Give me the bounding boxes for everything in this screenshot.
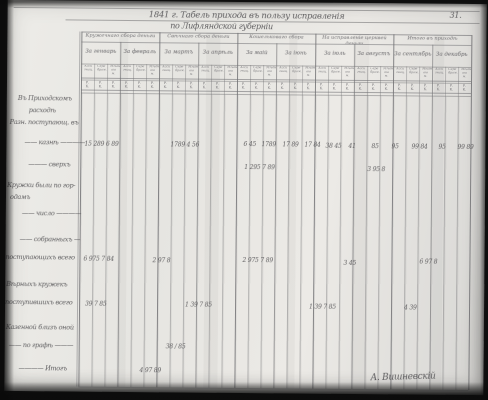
unit-marks-cell: Р. К. — [263, 82, 276, 92]
month-header-cell: За апрѣль — [198, 44, 237, 65]
unit-marks-cell: Р. К. — [159, 81, 172, 91]
entry-value: 99 84 — [411, 144, 427, 150]
grid-vertical-line — [455, 67, 459, 390]
month-header-cell: За мартъ — [159, 43, 198, 64]
unit-marks-cell: Р. К. — [445, 84, 458, 94]
entry-value: 6 975 7 84 — [83, 257, 114, 263]
grid-vertical-line — [377, 66, 381, 389]
grid-vertical-line — [91, 64, 95, 387]
sub-header-cell: Серебром. — [445, 68, 458, 81]
sub-header-cell: Ассигнац. — [315, 67, 328, 80]
document-subtitle: по Лифляндской губерніи — [111, 22, 331, 32]
group-header-cell: Итого въ приходѣ — [393, 35, 471, 45]
entry-value: 1789 4 56 — [170, 142, 199, 148]
entry-value: 1 39 7 85 — [185, 302, 212, 308]
row-label: Разн. поступающ. въ — [10, 119, 79, 126]
unit-marks-cell: Р. К. — [81, 81, 94, 91]
entry-value: 4 97 89 — [139, 368, 161, 374]
unit-marks-cell: Р. К. — [172, 81, 185, 91]
sub-header-cell: Ассигнац. — [354, 67, 367, 80]
group-header-cell: Кошельковаго сбора — [237, 34, 315, 44]
row-label: поступающихъ всего — [5, 254, 74, 261]
month-header-cell: За генварь — [81, 43, 120, 64]
scan-background: { "page": { "number": "31.", "title_line… — [0, 0, 488, 400]
sub-header-cell: Серебром. — [94, 65, 107, 78]
sub-header-cell: Серебром. — [172, 65, 185, 78]
group-header-cell: Кружечнаго сбора деньги — [81, 33, 159, 43]
month-header-cell: За сентябрь — [393, 45, 432, 66]
entries-layer: 15 289 6 891789 4 566 45178917 8917 8438… — [2, 0, 488, 2]
unit-marks-cell: Р. К. — [250, 82, 263, 92]
grid-vertical-line — [260, 65, 264, 388]
row-label: —— по графѣ ——— — [9, 342, 74, 349]
group-header-cell: Свѣчнаго сбора деньги — [159, 33, 237, 43]
sub-header-cell: Ассигнац. — [81, 65, 94, 78]
grid-vertical-line — [130, 64, 134, 387]
unit-marks-cell: Р. К. — [393, 83, 406, 93]
sub-header-cell: Мѣдною м. — [146, 65, 159, 78]
grid-vertical-line — [221, 65, 225, 388]
entry-value: 1 39 7 85 — [309, 305, 336, 311]
entry-value: 95 — [438, 145, 445, 151]
unit-marks-cell: Р. К. — [237, 82, 250, 92]
entry-value: 17 89 — [282, 142, 298, 148]
entry-value: 4 39 — [404, 305, 417, 311]
sub-header-cell: Мѣдною м. — [341, 67, 354, 80]
grid-vertical-line — [325, 66, 329, 389]
sub-header-cell: Ассигнац. — [159, 65, 172, 78]
unit-marks-cell: Р. К. — [94, 81, 107, 91]
unit-marks-cell: Р. К. — [289, 82, 302, 92]
row-label: Кружки были по гор- — [7, 182, 75, 189]
sub-header-cell: Мѣдною м. — [380, 67, 393, 80]
sub-header-cell: Мѣдною м. — [419, 68, 432, 81]
sub-header-cell: Серебром. — [211, 66, 224, 79]
sub-header-cell: Ассигнац. — [198, 66, 211, 79]
entry-value: 17 84 — [304, 143, 320, 149]
entry-value: 6 97 8 — [419, 260, 437, 266]
unit-marks-cell: Р. К. — [133, 81, 146, 91]
entry-value: 1 295 7 89 — [244, 165, 275, 171]
sub-header-cell: Мѣдною м. — [302, 66, 315, 79]
sub-header-cell: Серебром. — [367, 67, 380, 80]
sub-header-cell: Мѣдною м. — [185, 65, 198, 78]
unit-marks-cell: Р. К. — [367, 83, 380, 93]
unit-marks-cell: Р. К. — [419, 84, 432, 94]
sub-header-cell: Ассигнац. — [432, 68, 445, 81]
grid-vertical-line — [169, 64, 173, 387]
grid-vertical-line — [286, 65, 290, 388]
grid-vertical-line — [403, 66, 407, 389]
entry-value: 41 — [348, 144, 355, 150]
month-header-cell: За іюль — [315, 45, 354, 66]
month-header-cell: За декабрь — [432, 46, 471, 67]
row-label: Казенной близъ оной — [6, 324, 74, 331]
row-label: Вѣрныхъ кружекъ — [6, 281, 67, 288]
month-header-cell: За іюнь — [276, 44, 315, 65]
row-label: одамъ — [10, 194, 30, 201]
unit-marks-cell: Р. К. — [146, 81, 159, 91]
entry-value: 85 — [371, 144, 378, 150]
entry-value: 39 7 85 — [85, 302, 107, 308]
unit-marks-cell: Р. К. — [302, 82, 315, 92]
entry-value: 15 289 6 89 — [84, 142, 118, 148]
sub-header-cell: Ассигнац. — [276, 66, 289, 79]
entry-value: 95 — [391, 144, 398, 150]
entry-value: 1789 — [261, 142, 276, 148]
grid-vertical-line — [416, 67, 420, 390]
sub-header-cell: Серебром. — [133, 65, 146, 78]
sub-header-cell: Мѣдною м. — [107, 65, 120, 78]
row-label: расходѣ — [29, 107, 56, 114]
sub-header-cell: Мѣдною м. — [458, 68, 471, 81]
grid-vertical-line — [104, 64, 108, 387]
unit-marks-cell: Р. К. — [211, 82, 224, 92]
unit-marks-cell: Р. К. — [406, 83, 419, 93]
entry-value: 2 975 7 89 — [242, 258, 273, 264]
sub-header-cell: Ассигнац. — [120, 65, 133, 78]
grid-vertical-line — [143, 64, 147, 387]
group-header-cell: На исправленіе церквей деньги — [315, 35, 393, 45]
row-label: —— казнѣ ———— — [24, 139, 85, 146]
row-label: —— собранныхъ — — [20, 236, 81, 243]
row-label: Въ Приходскомъ — [18, 95, 72, 102]
sub-header-cell: Серебром. — [406, 67, 419, 80]
entry-value: 6 45 — [243, 142, 256, 148]
grid-vertical-line — [442, 67, 446, 390]
unit-marks-cell: Р. К. — [432, 84, 445, 94]
sub-header-cell: Мѣдною м. — [224, 66, 237, 79]
sub-header-cell: Ассигнац. — [237, 66, 250, 79]
unit-marks-cell: Р. К. — [198, 82, 211, 92]
grid-vertical-line — [208, 65, 212, 388]
unit-marks-cell: Р. К. — [107, 81, 120, 91]
entry-value: 3 45 — [343, 261, 356, 267]
unit-marks-cell: Р. К. — [354, 83, 367, 93]
grid-vertical-line — [299, 65, 303, 388]
unit-marks-cell: Р. К. — [341, 83, 354, 93]
unit-marks-cell: Р. К. — [224, 82, 237, 92]
entry-value: 38 / 85 — [166, 344, 186, 350]
unit-marks-cell: Р. К. — [120, 81, 133, 91]
row-label: ———— Итогъ — [18, 365, 66, 372]
ledger-table-grid: Кружечнаго сбора деньгиСвѣчнаго сбора де… — [2, 0, 488, 2]
row-label: ——— сверхъ — [28, 161, 70, 168]
entry-value: 99 89 — [457, 145, 473, 151]
entry-value: 38 45 — [325, 144, 341, 150]
entry-value: 2 97 8 — [152, 258, 170, 264]
grid-vertical-line — [338, 66, 342, 389]
grid-vertical-line — [182, 64, 186, 387]
sub-header-cell: Серебром. — [250, 66, 263, 79]
unit-marks-cell: Р. К. — [380, 83, 393, 93]
sub-header-cell: Серебром. — [328, 67, 341, 80]
month-header-cell: За маій — [237, 44, 276, 65]
row-label: поступившихъ всего — [5, 299, 72, 306]
unit-marks-cell: Р. К. — [328, 83, 341, 93]
page-inner: 1841 г. Табель прихода въ пользу исправл… — [0, 0, 488, 400]
sub-header-cell: Ассигнац. — [393, 67, 406, 80]
unit-marks-cell: Р. К. — [315, 83, 328, 93]
unit-marks-cell: Р. К. — [185, 81, 198, 91]
row-labels-layer: Въ ПриходскомърасходѣРазн. поступающ. въ… — [2, 0, 488, 2]
row-label: —— число ———— — [22, 210, 81, 217]
grid-vertical-line — [364, 66, 368, 389]
sub-header-cell: Серебром. — [289, 66, 302, 79]
grid-vertical-line — [247, 65, 251, 388]
entry-value: 3 95 8 — [367, 167, 385, 173]
document-page: 1841 г. Табель прихода въ пользу исправл… — [4, 0, 486, 395]
unit-marks-cell: Р. К. — [276, 82, 289, 92]
month-header-cell: За февраль — [120, 43, 159, 64]
month-header-cell: За августъ — [354, 45, 393, 66]
sub-header-cell: Мѣдною м. — [263, 66, 276, 79]
signature: А. Вишневскій — [370, 373, 435, 384]
page-number: 31. — [450, 12, 462, 20]
unit-marks-cell: Р. К. — [458, 84, 471, 94]
